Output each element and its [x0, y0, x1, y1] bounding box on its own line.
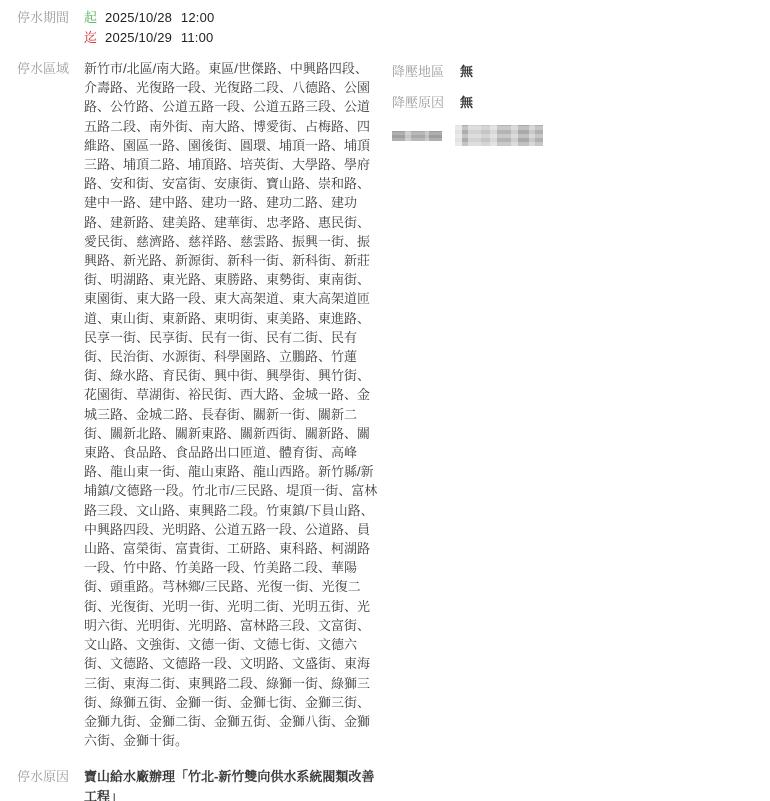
pressure-reduction-panel: 降壓地區 無 降壓原因 無: [392, 62, 762, 148]
redacted-block-2: [455, 125, 543, 146]
period-start-datetime: 2025/10/28 12:00: [105, 8, 214, 28]
pressure-area-row: 降壓地區 無: [392, 62, 762, 81]
period-end-row: 迄 2025/10/29 11:00: [84, 28, 378, 48]
redacted-block-1: [392, 131, 442, 141]
period-end-prefix: 迄: [84, 28, 97, 48]
suspension-area-label: 停水區域: [17, 59, 84, 78]
period-end-datetime: 2025/10/29 11:00: [105, 28, 213, 48]
period-start-row: 起 2025/10/28 12:00: [84, 8, 378, 28]
suspension-area-section: 停水區域 新竹市/北區/南大路。東區/世傑路、中興路四段、介壽路、光復路一段、光…: [0, 59, 770, 750]
suspension-period-section: 停水期間 起 2025/10/28 12:00 迄 2025/10/29 11:…: [0, 8, 770, 47]
pressure-reason-value: 無: [460, 93, 473, 112]
pressure-area-label: 降壓地區: [392, 62, 460, 81]
water-outage-detail-page: 停水期間 起 2025/10/28 12:00 迄 2025/10/29 11:…: [0, 0, 770, 801]
pressure-area-value: 無: [460, 62, 473, 81]
suspension-period-content: 起 2025/10/28 12:00 迄 2025/10/29 11:00: [84, 8, 378, 47]
suspension-reason-text: 寶山給水廠辦理「竹北-新竹雙向供水系統閥類改善工程」: [84, 767, 378, 801]
pressure-reason-row: 降壓原因 無: [392, 93, 762, 112]
suspension-reason-section: 停水原因 寶山給水廠辦理「竹北-新竹雙向供水系統閥類改善工程」: [0, 767, 770, 801]
suspension-reason-label: 停水原因: [17, 767, 84, 786]
redacted-text-area: [392, 124, 762, 148]
period-start-prefix: 起: [84, 8, 97, 28]
pressure-reason-label: 降壓原因: [392, 93, 460, 112]
suspension-period-label: 停水期間: [17, 8, 84, 27]
suspension-area-text: 新竹市/北區/南大路。東區/世傑路、中興路四段、介壽路、光復路一段、光復路二段、…: [84, 59, 378, 750]
